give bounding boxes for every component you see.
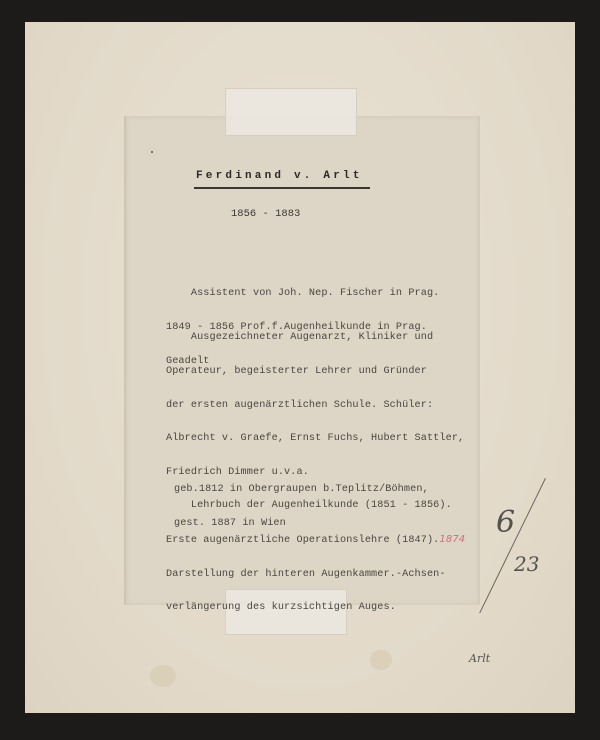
stain <box>370 650 392 670</box>
title-underline <box>194 187 370 189</box>
card-title: Ferdinand v. Arlt <box>196 170 363 182</box>
name-note: Arlt <box>469 652 490 665</box>
career-line: Assistent von Joh. Nep. Fischer in Prag. <box>166 288 439 299</box>
birth-death-block: geb.1812 in Obergraupen b.Teplitz/Böhmen… <box>174 462 429 540</box>
fraction-numerator: 6 <box>496 505 515 540</box>
card-years: 1856 - 1883 <box>231 208 300 220</box>
description-line: Albrecht v. Graefe, Ernst Fuchs, Hubert … <box>166 433 465 444</box>
birth-line: geb.1812 in Obergraupen b.Teplitz/Böhmen… <box>174 484 429 495</box>
description-line: Darstellung der hinteren Augenkammer.-Ac… <box>166 569 465 580</box>
stain <box>150 665 176 687</box>
description-line: Ausgezeichneter Augenarzt, Kliniker und <box>166 332 465 343</box>
description-line: verlängerung des kurzsichtigen Auges. <box>166 602 465 613</box>
description-line: der ersten augenärztlichen Schule. Schül… <box>166 400 465 411</box>
tape-top <box>225 88 357 136</box>
description-line: Operateur, begeisterter Lehrer und Gründ… <box>166 366 465 377</box>
ink-dot <box>151 151 153 153</box>
fraction-denominator: 23 <box>514 552 539 576</box>
red-correction: 1874 <box>439 534 465 545</box>
death-line: gest. 1887 in Wien <box>174 518 429 529</box>
